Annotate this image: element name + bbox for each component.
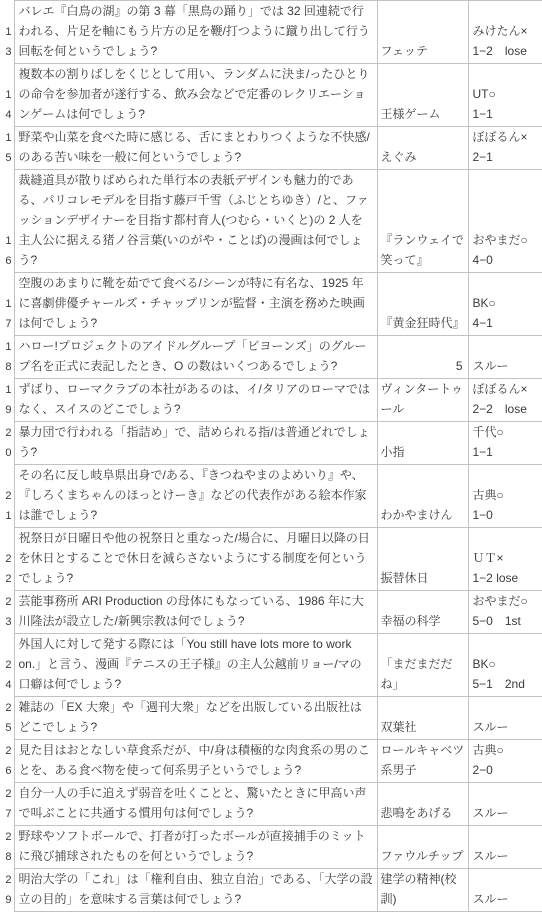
- result-cell: スルー: [468, 697, 542, 740]
- answer-cell: 王様ゲーム: [377, 64, 468, 127]
- question-cell: 野菜や山菜を食べた時に感じる、舌にまとわりつくような不快感/のある苦い味を一般に…: [14, 127, 377, 170]
- question-cell: ずばり、ローマクラブの本社があるのは、イ/タリアのローマではなく、スイスのどこで…: [14, 379, 377, 422]
- answer-cell: 振替休日: [377, 528, 468, 591]
- question-cell: 芸能事務所 ARI Production の母体にもなっている、1986 年に大…: [14, 591, 377, 634]
- question-cell: 雑誌の「EX 大衆」や「週刊大衆」などを出版している出版社はどこでしょう?: [14, 697, 377, 740]
- table-row: 29 明治大学の「これ」は「権利自由、独立自治」である、「大学の設立の目的」を意…: [0, 869, 542, 912]
- result-cell: ぼぼるん× 2−1: [468, 127, 542, 170]
- answer-cell: わかやまけん: [377, 465, 468, 528]
- result-cell: ＵＴ× 1−2 lose: [468, 528, 542, 591]
- answer-cell: 小指: [377, 422, 468, 465]
- question-cell: 野球やソフトボールで、打者が打ったボールが直接捕手のミットに飛び捕球されたものを…: [14, 826, 377, 869]
- answer-cell: 「まだまだだね」: [377, 634, 468, 697]
- answer-cell: 5: [377, 336, 468, 379]
- table-row: 20 暴力団で行われる「指詰め」で、詰められる指/は普通どれでしょう? 小指 千…: [0, 422, 542, 465]
- answer-cell: ヴィンタートゥール: [377, 379, 468, 422]
- answer-cell: 建学の精神(校訓): [377, 869, 468, 912]
- table-row: 17 空腹のあまりに靴を茹でて食べる/シーンが特に有名な、1925 年に喜劇俳優…: [0, 273, 542, 336]
- row-number: 18: [0, 336, 14, 379]
- row-number: 27: [0, 783, 14, 826]
- row-number: 17: [0, 273, 14, 336]
- table-row: 14 複数本の割りばしをくじとして用い、ランダムに決ま/ったひとりの命令を参加者…: [0, 64, 542, 127]
- question-cell: 複数本の割りばしをくじとして用い、ランダムに決ま/ったひとりの命令を参加者が遂行…: [14, 64, 377, 127]
- result-cell: 古典○ 1−0: [468, 465, 542, 528]
- question-cell: 暴力団で行われる「指詰め」で、詰められる指/は普通どれでしょう?: [14, 422, 377, 465]
- table-row: 16 裁縫道具が散りばめられた単行本の表紙デザインも魅力的である、パリコレモデル…: [0, 170, 542, 273]
- result-cell: 千代○ 1−1: [468, 422, 542, 465]
- row-number: 15: [0, 127, 14, 170]
- row-number: 22: [0, 528, 14, 591]
- table-row: 19 ずばり、ローマクラブの本社があるのは、イ/タリアのローマではなく、スイスの…: [0, 379, 542, 422]
- result-cell: おやまだ○ 5−0 1st: [468, 591, 542, 634]
- table-row: 18 ハロー!プロジェクトのアイドルグループ「ビヨーンズ」のグループ名を正式に表…: [0, 336, 542, 379]
- table-row: 26 見た目はおとなしい草食系だが、中/身は積極的な肉食系の男のことを、ある食べ…: [0, 740, 542, 783]
- table-row: 28 野球やソフトボールで、打者が打ったボールが直接捕手のミットに飛び捕球された…: [0, 826, 542, 869]
- result-cell: スルー: [468, 869, 542, 912]
- result-cell: BK○ 5−1 2nd: [468, 634, 542, 697]
- row-number: 14: [0, 64, 14, 127]
- question-cell: 外国人に対して発する際には「You still have lots more t…: [14, 634, 377, 697]
- answer-cell: えぐみ: [377, 127, 468, 170]
- question-cell: 祝祭日が日曜日や他の祝祭日と重なった/場合に、月曜日以降の日を休日とすることで休…: [14, 528, 377, 591]
- question-cell: その名に反し岐阜県出身で/ある、『きつねやまのよめいり』や、『しろくまちゃんのほ…: [14, 465, 377, 528]
- table-row: 27 自分一人の手に追えず弱音を吐くことと、驚いたときに甲高い声で叫ぶことに共通…: [0, 783, 542, 826]
- table-row: 22 祝祭日が日曜日や他の祝祭日と重なった/場合に、月曜日以降の日を休日とするこ…: [0, 528, 542, 591]
- row-number: 25: [0, 697, 14, 740]
- row-number: 28: [0, 826, 14, 869]
- row-number: 20: [0, 422, 14, 465]
- quiz-results-table: 13 バレエ『白鳥の湖』の第 3 幕「黒鳥の踊り」では 32 回連続で行われる、…: [0, 0, 542, 912]
- table-row: 24 外国人に対して発する際には「You still have lots mor…: [0, 634, 542, 697]
- answer-cell: フェッテ: [377, 1, 468, 64]
- question-cell: 裁縫道具が散りばめられた単行本の表紙デザインも魅力的である、パリコレモデルを目指…: [14, 170, 377, 273]
- result-cell: スルー: [468, 783, 542, 826]
- row-number: 16: [0, 170, 14, 273]
- table-row: 13 バレエ『白鳥の湖』の第 3 幕「黒鳥の踊り」では 32 回連続で行われる、…: [0, 1, 542, 64]
- table-row: 23 芸能事務所 ARI Production の母体にもなっている、1986 …: [0, 591, 542, 634]
- question-cell: バレエ『白鳥の湖』の第 3 幕「黒鳥の踊り」では 32 回連続で行われる、片足を…: [14, 1, 377, 64]
- row-number: 23: [0, 591, 14, 634]
- result-cell: 古典○ 2−0: [468, 740, 542, 783]
- table-row: 21 その名に反し岐阜県出身で/ある、『きつねやまのよめいり』や、『しろくまちゃ…: [0, 465, 542, 528]
- answer-cell: 幸福の科学: [377, 591, 468, 634]
- result-cell: BK○ 4−1: [468, 273, 542, 336]
- answer-cell: ファウルチップ: [377, 826, 468, 869]
- answer-cell: 『ランウェイで笑って』: [377, 170, 468, 273]
- result-cell: スルー: [468, 336, 542, 379]
- row-number: 13: [0, 1, 14, 64]
- row-number: 19: [0, 379, 14, 422]
- answer-cell: ロールキャベツ系男子: [377, 740, 468, 783]
- question-cell: 空腹のあまりに靴を茹でて食べる/シーンが特に有名な、1925 年に喜劇俳優チャー…: [14, 273, 377, 336]
- result-cell: スルー: [468, 826, 542, 869]
- result-cell: ぼぼるん× 2−2 lose: [468, 379, 542, 422]
- question-cell: 見た目はおとなしい草食系だが、中/身は積極的な肉食系の男のことを、ある食べ物を使…: [14, 740, 377, 783]
- answer-cell: 『黄金狂時代』: [377, 273, 468, 336]
- result-cell: みけたん× 1−2 lose: [468, 1, 542, 64]
- result-cell: おやまだ○ 4−0: [468, 170, 542, 273]
- answer-cell: 悲鳴をあげる: [377, 783, 468, 826]
- row-number: 24: [0, 634, 14, 697]
- answer-cell: 双葉社: [377, 697, 468, 740]
- row-number: 21: [0, 465, 14, 528]
- question-cell: ハロー!プロジェクトのアイドルグループ「ビヨーンズ」のグループ名を正式に表記した…: [14, 336, 377, 379]
- row-number: 26: [0, 740, 14, 783]
- result-cell: UT○ 1−1: [468, 64, 542, 127]
- table-row: 15 野菜や山菜を食べた時に感じる、舌にまとわりつくような不快感/のある苦い味を…: [0, 127, 542, 170]
- table-row: 25 雑誌の「EX 大衆」や「週刊大衆」などを出版している出版社はどこでしょう?…: [0, 697, 542, 740]
- question-cell: 明治大学の「これ」は「権利自由、独立自治」である、「大学の設立の目的」を意味する…: [14, 869, 377, 912]
- row-number: 29: [0, 869, 14, 912]
- question-cell: 自分一人の手に追えず弱音を吐くことと、驚いたときに甲高い声で叫ぶことに共通する慣…: [14, 783, 377, 826]
